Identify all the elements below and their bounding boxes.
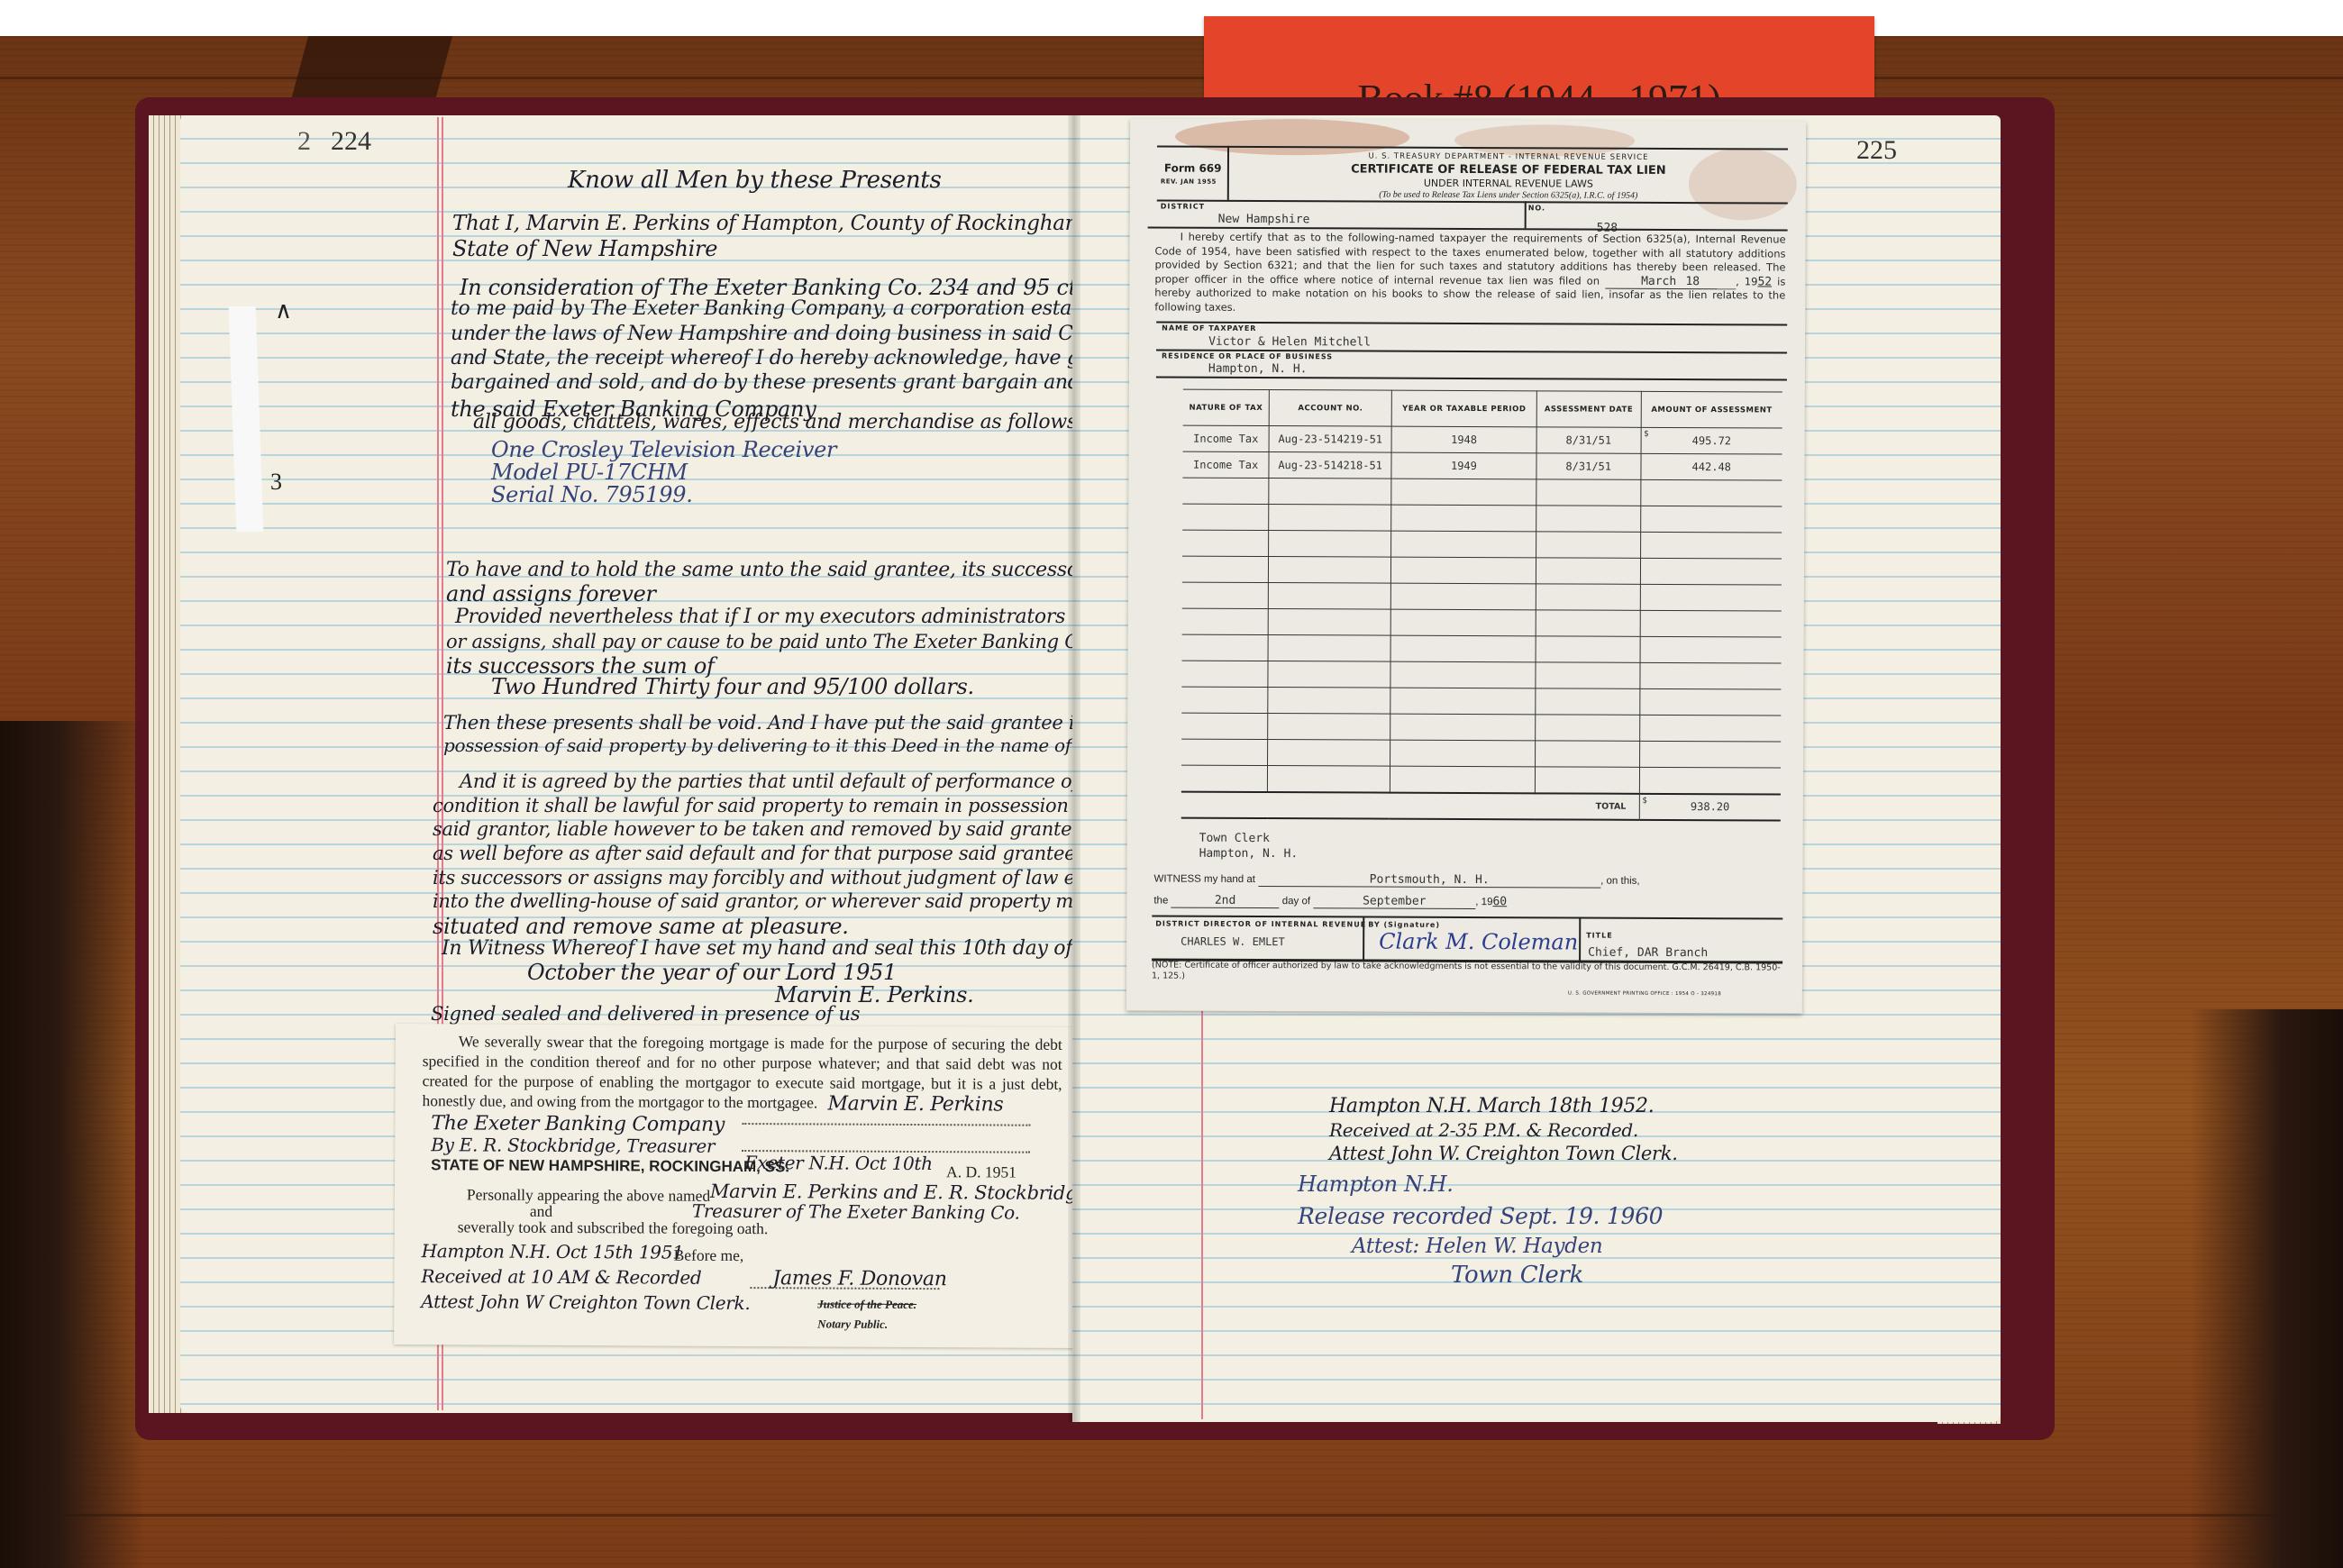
empty-cell [1639,688,1781,716]
table-cell: 1948 [1391,426,1536,453]
rule [1579,917,1581,962]
empty-cell [1640,558,1782,585]
empty-cell [1181,713,1268,739]
deed-line: State of New Hampshire [452,236,717,261]
table-cell: 442.48 [1640,453,1782,480]
legal-note: (NOTE: Certificate of officer authorized… [1152,960,1782,984]
table-header-row: NATURE OF TAX ACCOUNT NO. YEAR OR TAXABL… [1183,389,1782,428]
mortgagee-signature: The Exeter Banking Company [431,1112,725,1136]
subscribed-label: severally took and subscribed the forego… [458,1217,769,1238]
witness-label: WITNESS my hand at [1153,873,1255,884]
empty-cell [1536,532,1640,559]
total-amount-cell: $ 938.20 [1639,793,1781,820]
deed-line: bargained and sold, and do by these pres… [451,371,1170,394]
empty-table-row [1182,504,1782,533]
recipient-block: Town Clerk Hampton, N. H. [1199,831,1299,861]
taxpayer-label: NAME OF TAXPAYER [1162,324,1256,333]
empty-cell [1182,504,1269,530]
empty-cell [1640,506,1782,533]
empty-cell [1391,505,1536,532]
witness-line: WITNESS my hand at Portsmouth, N. H., on… [1153,871,1784,889]
amount: 495.72 [1692,434,1731,447]
release-line: Hampton N.H. [1298,1171,1454,1197]
empty-table-row [1182,608,1782,637]
the-label: the [1153,895,1168,906]
empty-cell [1390,740,1536,767]
margin-mark: ∧ [275,297,292,324]
table-cell: 8/31/51 [1536,427,1641,454]
empty-cell [1536,506,1641,533]
form-revision: REV. JAN 1955 [1161,178,1217,186]
deed-line: situated and remove same at pleasure. [433,914,849,939]
empty-cell [1639,715,1781,742]
witness-month: September [1313,894,1475,909]
recipient-line: Hampton, N. H. [1199,846,1299,861]
table-cell: 1949 [1391,452,1536,479]
empty-cell [1269,531,1391,558]
foreground-shadow [0,721,144,1568]
table-cell: Aug-23-514219-51 [1269,426,1391,453]
deed-line: In consideration of The Exeter Banking C… [460,275,1094,300]
empty-cell [1390,557,1536,584]
column-header: AMOUNT OF ASSESSMENT [1641,391,1782,428]
rule [1156,376,1787,380]
table-cell: Income Tax [1183,425,1270,451]
by-signature-label: BY (Signature) [1368,921,1440,929]
deed-line: That I, Marvin E. Perkins of Hampton, Co… [452,212,1084,235]
empty-cell [1640,610,1782,637]
table-cell: Income Tax [1182,451,1269,478]
empty-cell [1182,556,1269,582]
empty-cell [1268,609,1390,636]
empty-table-row [1182,634,1782,663]
witness-day: 2nd [1171,894,1280,909]
empty-cell [1640,584,1782,611]
page-number-right: 225 [1856,135,1897,166]
recorded-line: Attest John W. Creighton Town Clerk. [1329,1143,1678,1164]
recorded-line: Received at 2-35 P.M. & Recorded. [1329,1119,1638,1141]
empty-cell [1182,530,1269,556]
notary-label: Notary Public. [817,1314,888,1334]
empty-cell [1182,608,1269,634]
deed-line: into the dwelling-house of said grantor,… [433,890,1123,912]
empty-cell [1390,661,1536,688]
release-line: Attest: Helen W. Hayden [1352,1235,1602,1258]
deed-line: all goods, chattels, wares, effects and … [473,411,1083,433]
empty-cell [1390,688,1536,715]
recorded-line: Hampton N.H. March 18th 1952. [1329,1095,1654,1117]
release-line: Town Clerk [1451,1262,1583,1289]
agency: U. S. TREASURY DEPARTMENT - INTERNAL REV… [1247,151,1770,163]
deed-line: its successors or assigns may forcibly a… [433,867,1114,889]
empty-cell [1536,636,1640,663]
deed-line: Signed sealed and delivered in presence … [431,1003,860,1025]
empty-cell [1390,766,1535,793]
district-value: New Hampshire [1218,213,1310,226]
empty-table-row [1182,556,1782,585]
empty-cell [1536,688,1640,716]
empty-cell [1535,741,1639,768]
certification-text: I hereby certify that as to the followin… [1154,230,1785,316]
tax-lien-release-certificate: Form 669 REV. JAN 1955 U. S. TREASURY DE… [1126,118,1806,1013]
empty-table-row [1182,478,1782,506]
column-header: ASSESSMENT DATE [1536,391,1641,428]
director-name: CHARLES W. EMLET [1181,935,1285,949]
deed-line: and State, the receipt whereof I do here… [451,347,1144,369]
deed-line: Then these presents shall be void. And I… [443,712,1122,734]
empty-cell [1182,478,1269,504]
empty-cell [1269,583,1391,610]
witness-date-line: the 2nd day of September, 1960 [1153,893,1784,910]
filed-year: 52 [1757,275,1772,288]
desk-seam [0,1514,2343,1517]
deed-line: as well before as after said default and… [433,843,1075,864]
justice-label: Justice of the Peace. [817,1294,916,1315]
foreground-shadow [2190,1009,2343,1568]
taxpayer-name: Victor & Helen Mitchell [1208,335,1371,350]
witness-place: Portsmouth, N. H. [1258,872,1600,889]
empty-cell [1640,636,1782,663]
recipient-line: Town Clerk [1199,831,1299,846]
officer-signature: Clark M. Coleman [1379,929,1578,955]
empty-table-row [1182,530,1782,559]
total-amount: 938.20 [1691,800,1729,813]
page-number-left: 224 [331,126,371,157]
ad-year: A. D. 1951 [946,1162,1017,1181]
deed-line: And it is agreed by the parties that unt… [460,770,1123,792]
margin-mark: 3 [270,469,282,496]
signature-line [742,1123,1030,1126]
recorded-line: Attest John W Creighton Town Clerk. [421,1290,750,1314]
release-line: Release recorded Sept. 19. 1960 [1298,1203,1663,1229]
empty-cell [1639,741,1781,768]
certificate-subtitle: UNDER INTERNAL REVENUE LAWS [1247,177,1770,191]
currency-symbol: $ [1642,796,1646,805]
district-label: DISTRICT [1161,203,1205,211]
treasurer-signature: By E. R. Stockbridge, Treasurer [431,1134,715,1157]
empty-cell [1390,714,1536,741]
signer-title: Chief, DAR Branch [1588,946,1708,961]
tax-assessments-table: NATURE OF TAX ACCOUNT NO. YEAR OR TAXABL… [1181,389,1782,821]
empty-cell [1536,610,1640,637]
rule [1152,915,1782,919]
empty-cell [1181,661,1268,687]
filed-year-prefix: , 19 [1736,275,1757,287]
day-of-label: day of [1282,896,1310,907]
empty-cell [1536,558,1640,585]
rule [1525,201,1527,228]
total-label: TOTAL [1181,791,1639,819]
deed-line: under the laws of New Hampshire and doin… [451,323,1128,345]
prev-page-number: 2 [297,126,311,157]
empty-cell [1536,715,1640,742]
mortgage-affidavit-slip: We severally swear that the foregoing mo… [394,1024,1086,1348]
column-header: ACCOUNT NO. [1269,390,1391,427]
deed-line: Model PU-17CHM [491,460,688,485]
table-row: Income TaxAug-23-514219-5119488/31/51$49… [1183,425,1782,454]
venue-place-date: Exeter N.H. Oct 10th [744,1152,933,1174]
empty-cell [1269,479,1391,506]
deed-line: October the year of our Lord 1951 [527,960,897,985]
recorded-line: Hampton N.H. Oct 15th 1951 [422,1240,684,1263]
empty-table-row [1181,765,1781,794]
deed-line: and assigns forever [446,581,656,606]
empty-cell [1536,584,1640,611]
column-header: YEAR OR TAXABLE PERIOD [1391,390,1536,427]
rust-stain [1175,119,1409,156]
empty-cell [1535,767,1639,794]
empty-cell [1268,766,1390,793]
on-this-label: , on this, [1600,876,1640,887]
empty-cell [1268,740,1390,767]
witness-year: 60 [1492,895,1507,908]
empty-cell [1639,767,1781,794]
empty-cell [1182,634,1269,661]
deed-heading: Know all Men by these Presents [568,167,942,194]
deed-line: said grantor, liable however to be taken… [433,818,1082,840]
venue-line: STATE OF NEW HAMPSHIRE, ROCKINGHAM, SS. [431,1155,789,1177]
empty-table-row [1181,739,1781,768]
empty-cell [1391,531,1536,558]
total-row: TOTAL $ 938.20 [1181,791,1781,820]
empty-cell [1640,532,1782,559]
number-label: NO. [1528,204,1545,212]
recorded-line: Received at 10 AM & Recorded [421,1265,701,1289]
empty-cell [1269,557,1391,584]
table-cell: Aug-23-514218-51 [1269,452,1391,479]
rule [1227,146,1229,200]
form-number: Form 669 [1164,162,1222,175]
empty-cell [1391,479,1536,506]
deed-line: or assigns, shall pay or cause to be pai… [446,631,1121,652]
empty-cell [1536,479,1641,506]
empty-cell [1181,765,1268,791]
empty-cell [1390,609,1536,636]
empty-cell [1182,582,1269,608]
year-prefix: , 19 [1475,897,1492,907]
deed-line: To have and to hold the same unto the sa… [446,559,1098,581]
deed-line: Provided nevertheless that if I or my ex… [455,606,1065,628]
empty-cell [1639,662,1781,689]
empty-cell [1268,688,1390,715]
empty-cell [1268,661,1390,688]
deed-line: possession of said property by deliverin… [443,734,1164,756]
certificate-title: CERTIFICATE OF RELEASE OF FEDERAL TAX LI… [1247,162,1770,178]
empty-cell [1536,662,1640,689]
empty-cell [1640,479,1782,506]
deed-line: In Witness Whereof I have set my hand an… [442,937,1072,960]
deed-line: Two Hundred Thirty four and 95/100 dolla… [491,674,974,699]
residence-label: RESIDENCE OR PLACE OF BUSINESS [1162,352,1333,361]
before-me-label: Before me, [674,1245,744,1265]
filed-date: March 18 [1605,274,1736,289]
empty-cell [1390,583,1536,610]
deed-line: One Crosley Television Receiver [491,437,836,462]
empty-cell [1181,687,1268,713]
column-header: NATURE OF TAX [1183,389,1270,425]
empty-cell [1268,635,1390,662]
table-cell: 8/31/51 [1536,453,1641,480]
table-row: Income TaxAug-23-514218-5119498/31/51442… [1182,451,1782,480]
empty-cell [1269,505,1391,532]
empty-table-row [1181,661,1781,689]
currency-symbol: $ [1644,430,1648,439]
empty-cell [1268,714,1390,741]
table-cell: $495.72 [1641,427,1782,454]
printer-imprint: U. S. GOVERNMENT PRINTING OFFICE : 1954 … [1568,990,1721,997]
empty-table-row [1181,713,1781,742]
mortgagor-signature: Marvin E. Perkins [827,1093,1003,1117]
deed-line: Serial No. 795199. [491,482,693,507]
empty-cell [1181,739,1268,765]
empty-table-row [1181,687,1781,716]
book-gutter [1068,115,1080,1422]
title-label: TITLE [1586,932,1612,940]
residence-value: Hampton, N. H. [1208,362,1308,376]
empty-cell [1390,635,1536,662]
deed-line: condition it shall be lawful for said pr… [433,795,1092,816]
deed-line: to me paid by The Exeter Banking Company… [451,297,1143,320]
director-label: DISTRICT DIRECTOR OF INTERNAL REVENUE [1155,919,1366,928]
appearing-label: Personally appearing the above named [467,1184,710,1205]
empty-table-row [1182,582,1782,611]
